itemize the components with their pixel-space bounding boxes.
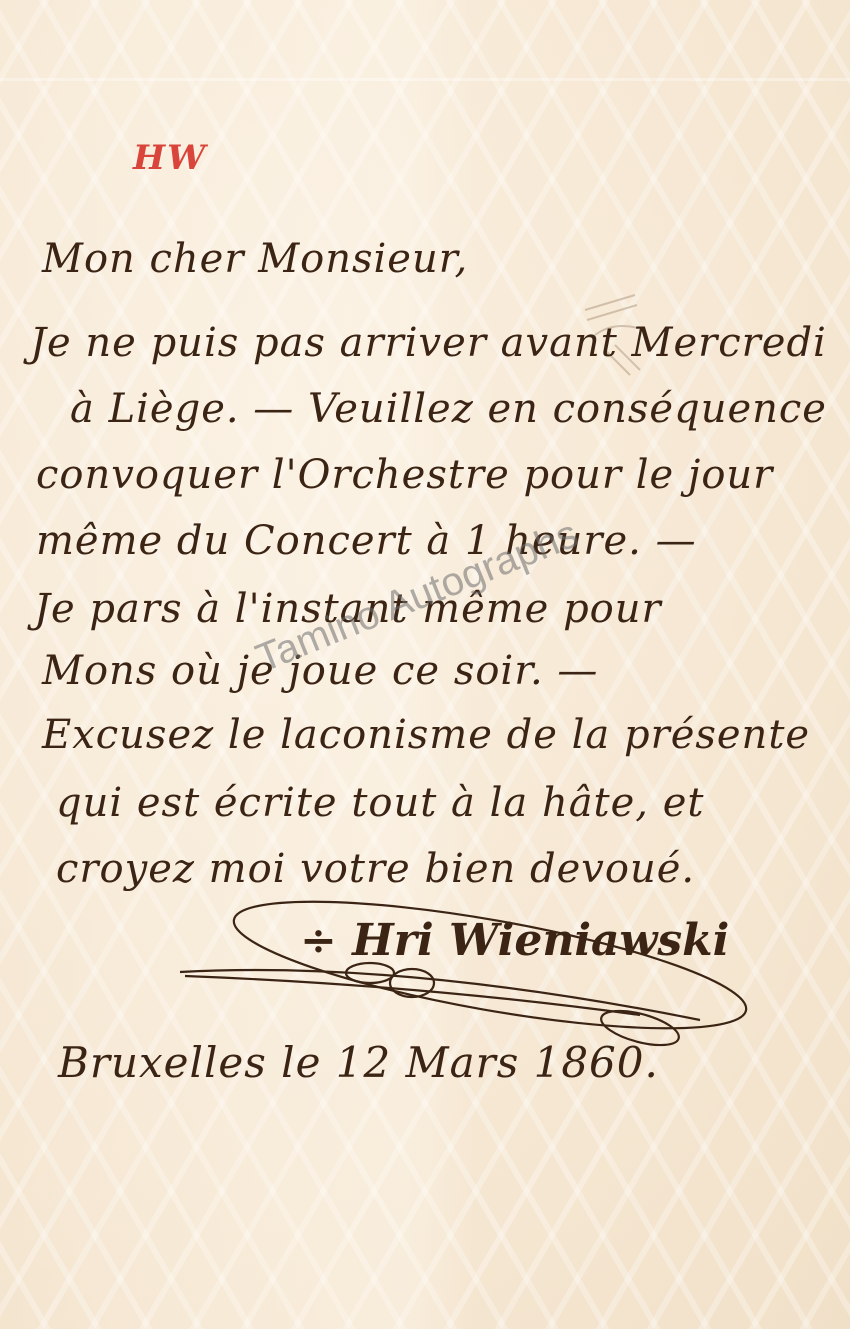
dateline: Bruxelles le 12 Mars 1860. [58,1038,659,1087]
signature: ÷ Hri Wieniawski [300,915,729,966]
signature-flourish [0,0,850,1329]
